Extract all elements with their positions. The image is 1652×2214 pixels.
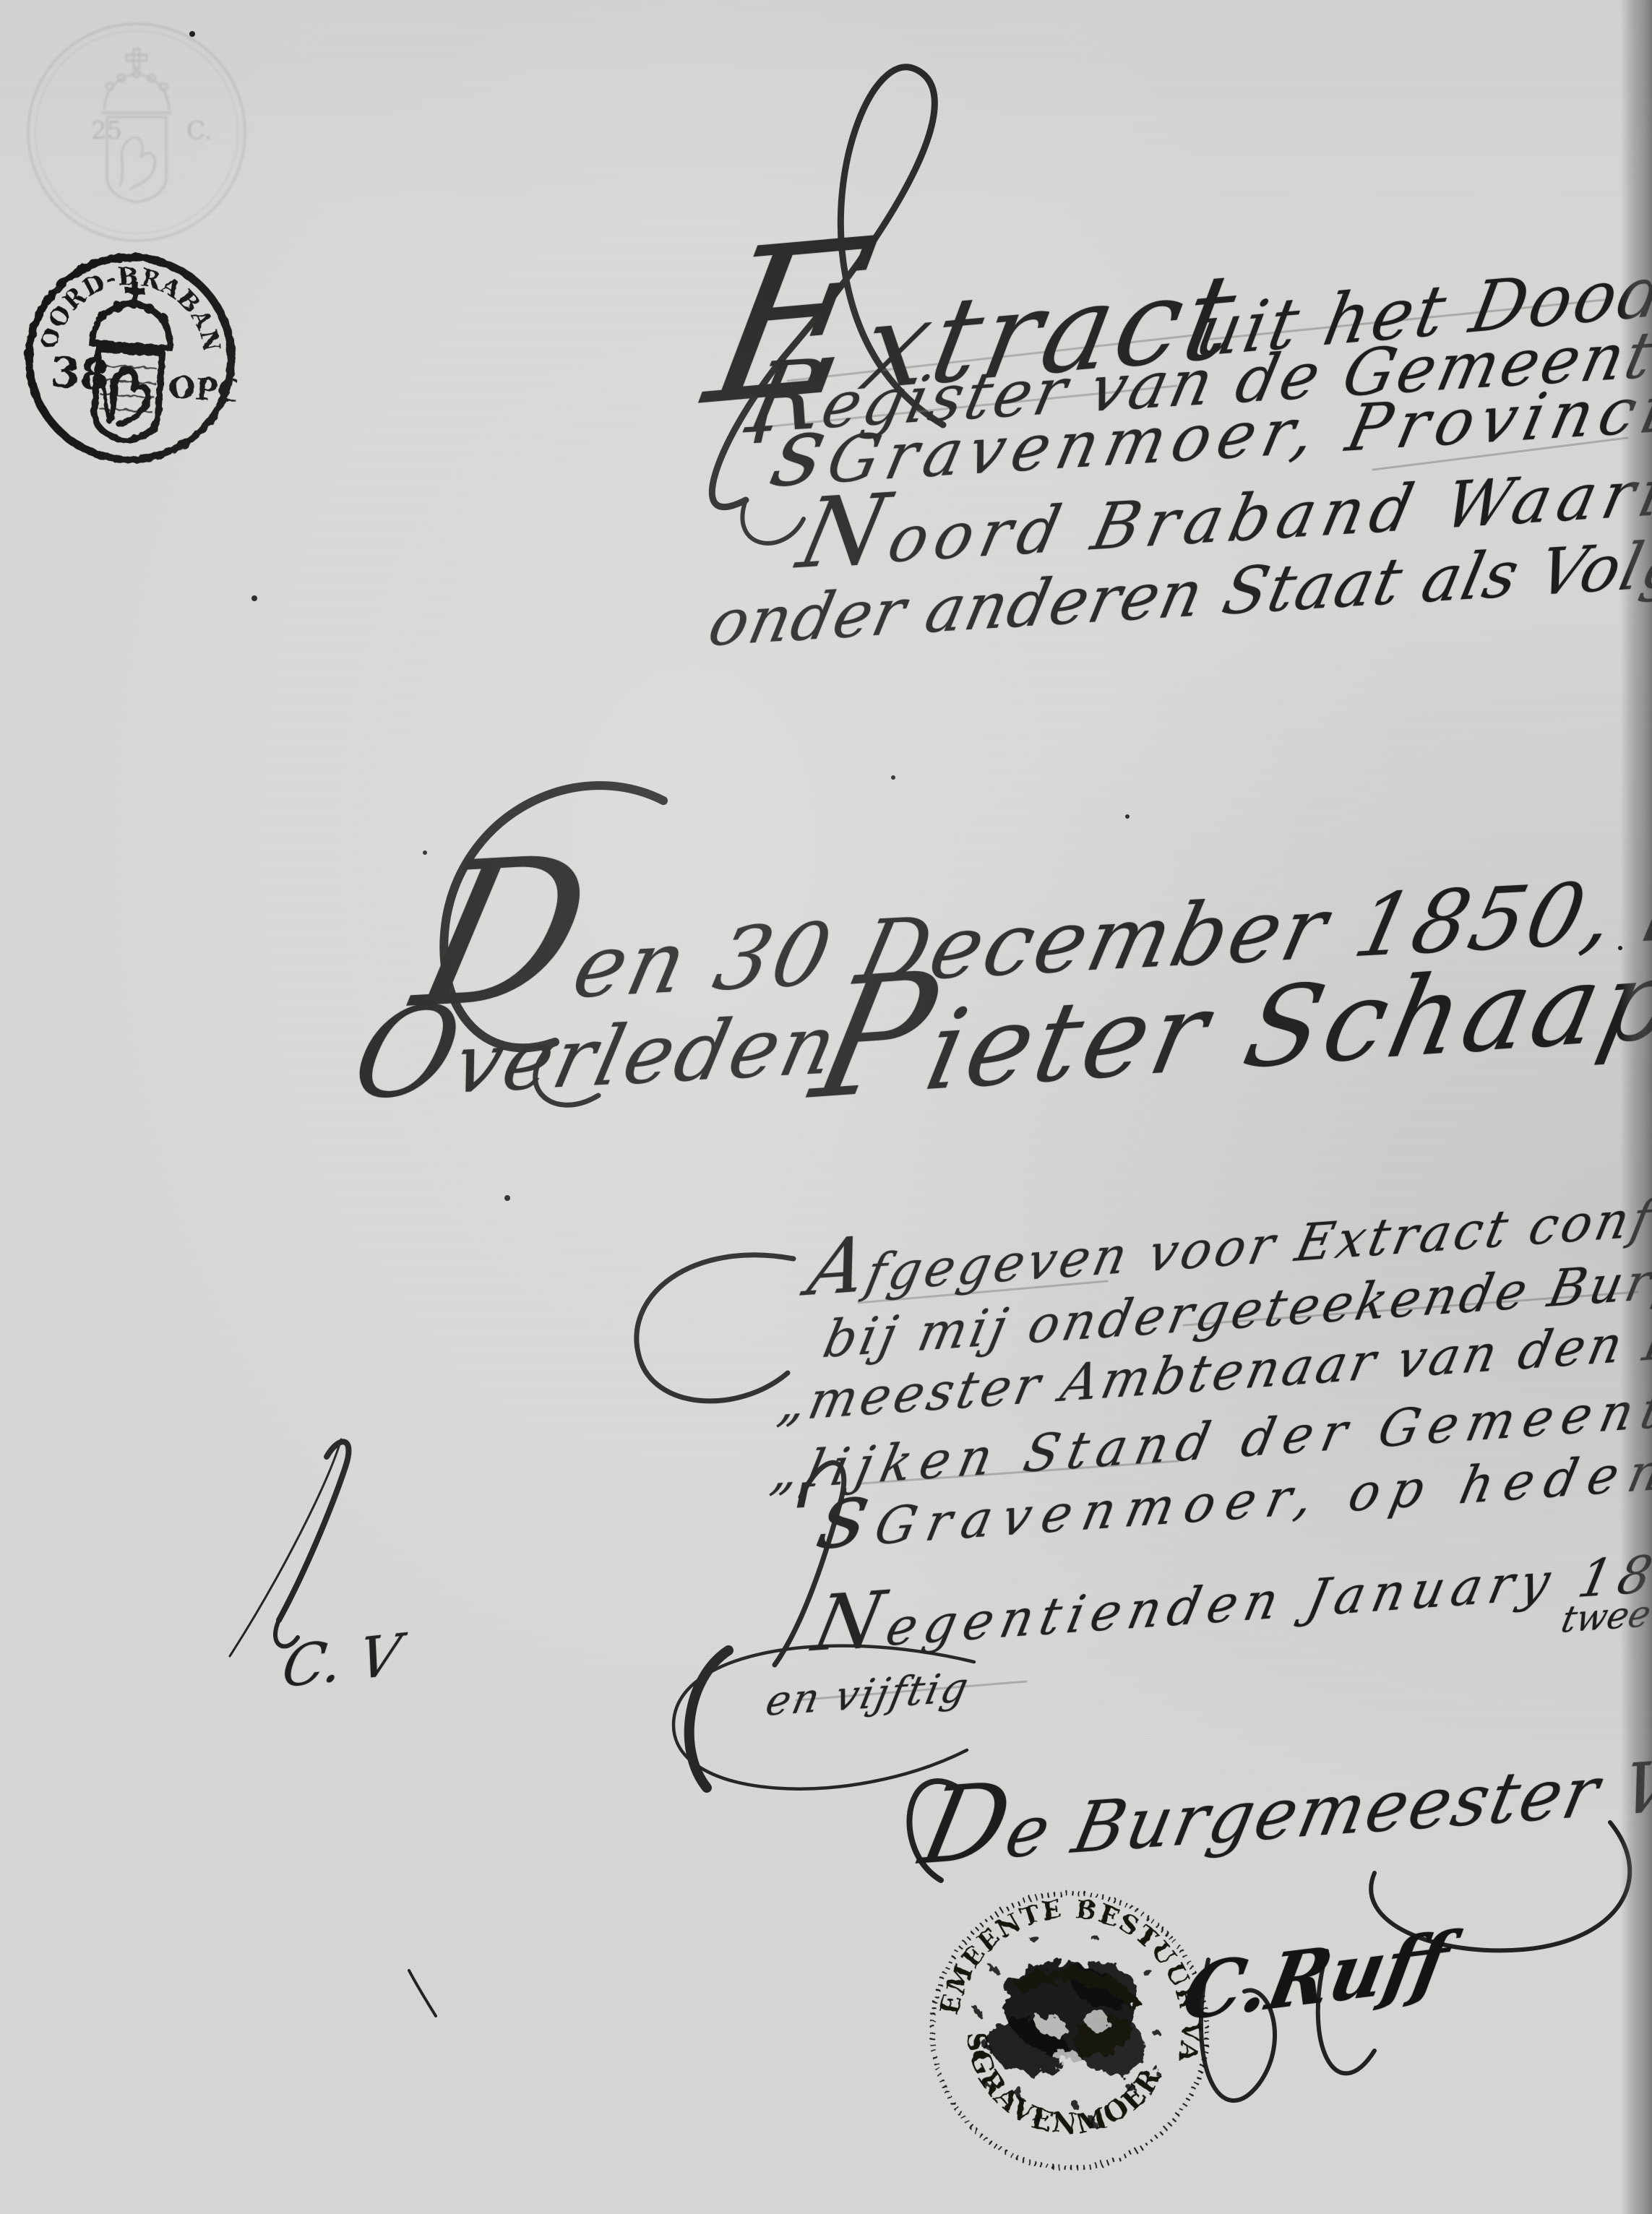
province-stamp-code: OPC — [168, 369, 244, 410]
record-overleden: Overleden — [343, 997, 848, 1118]
attestation-superscript-twee: twee — [1557, 1592, 1652, 1641]
revenue-value-left: 25 — [91, 116, 122, 145]
revenue-value-right: C. — [186, 116, 212, 145]
margin-initials: C. V — [278, 1622, 405, 1701]
closing-burgemeester-line: De Burgemeester Voornd — [913, 1731, 1652, 1880]
embossed-revenue-stamp: 25 C. — [20, 16, 253, 249]
province-duty-stamp: NOORD-BRABAND. 38 OPC — [14, 243, 246, 474]
revenue-stamp-ring: 25 C. — [28, 24, 245, 241]
revenue-crown-icon — [101, 49, 172, 113]
af-flourish — [637, 1255, 793, 1401]
attestation-line-6: Negentienden January 1800 — [807, 1538, 1652, 1663]
margin-paraph — [230, 1439, 348, 1656]
scanned-death-extract-page: 25 C. NOORD-BRABAND. 38 OPC — [0, 0, 1652, 2214]
attestation-tail-en-vijftig: en vijftig — [762, 1663, 974, 1726]
stray-ink-mark — [409, 1970, 436, 2016]
vijftig-heavy-stroke — [689, 1650, 728, 1788]
